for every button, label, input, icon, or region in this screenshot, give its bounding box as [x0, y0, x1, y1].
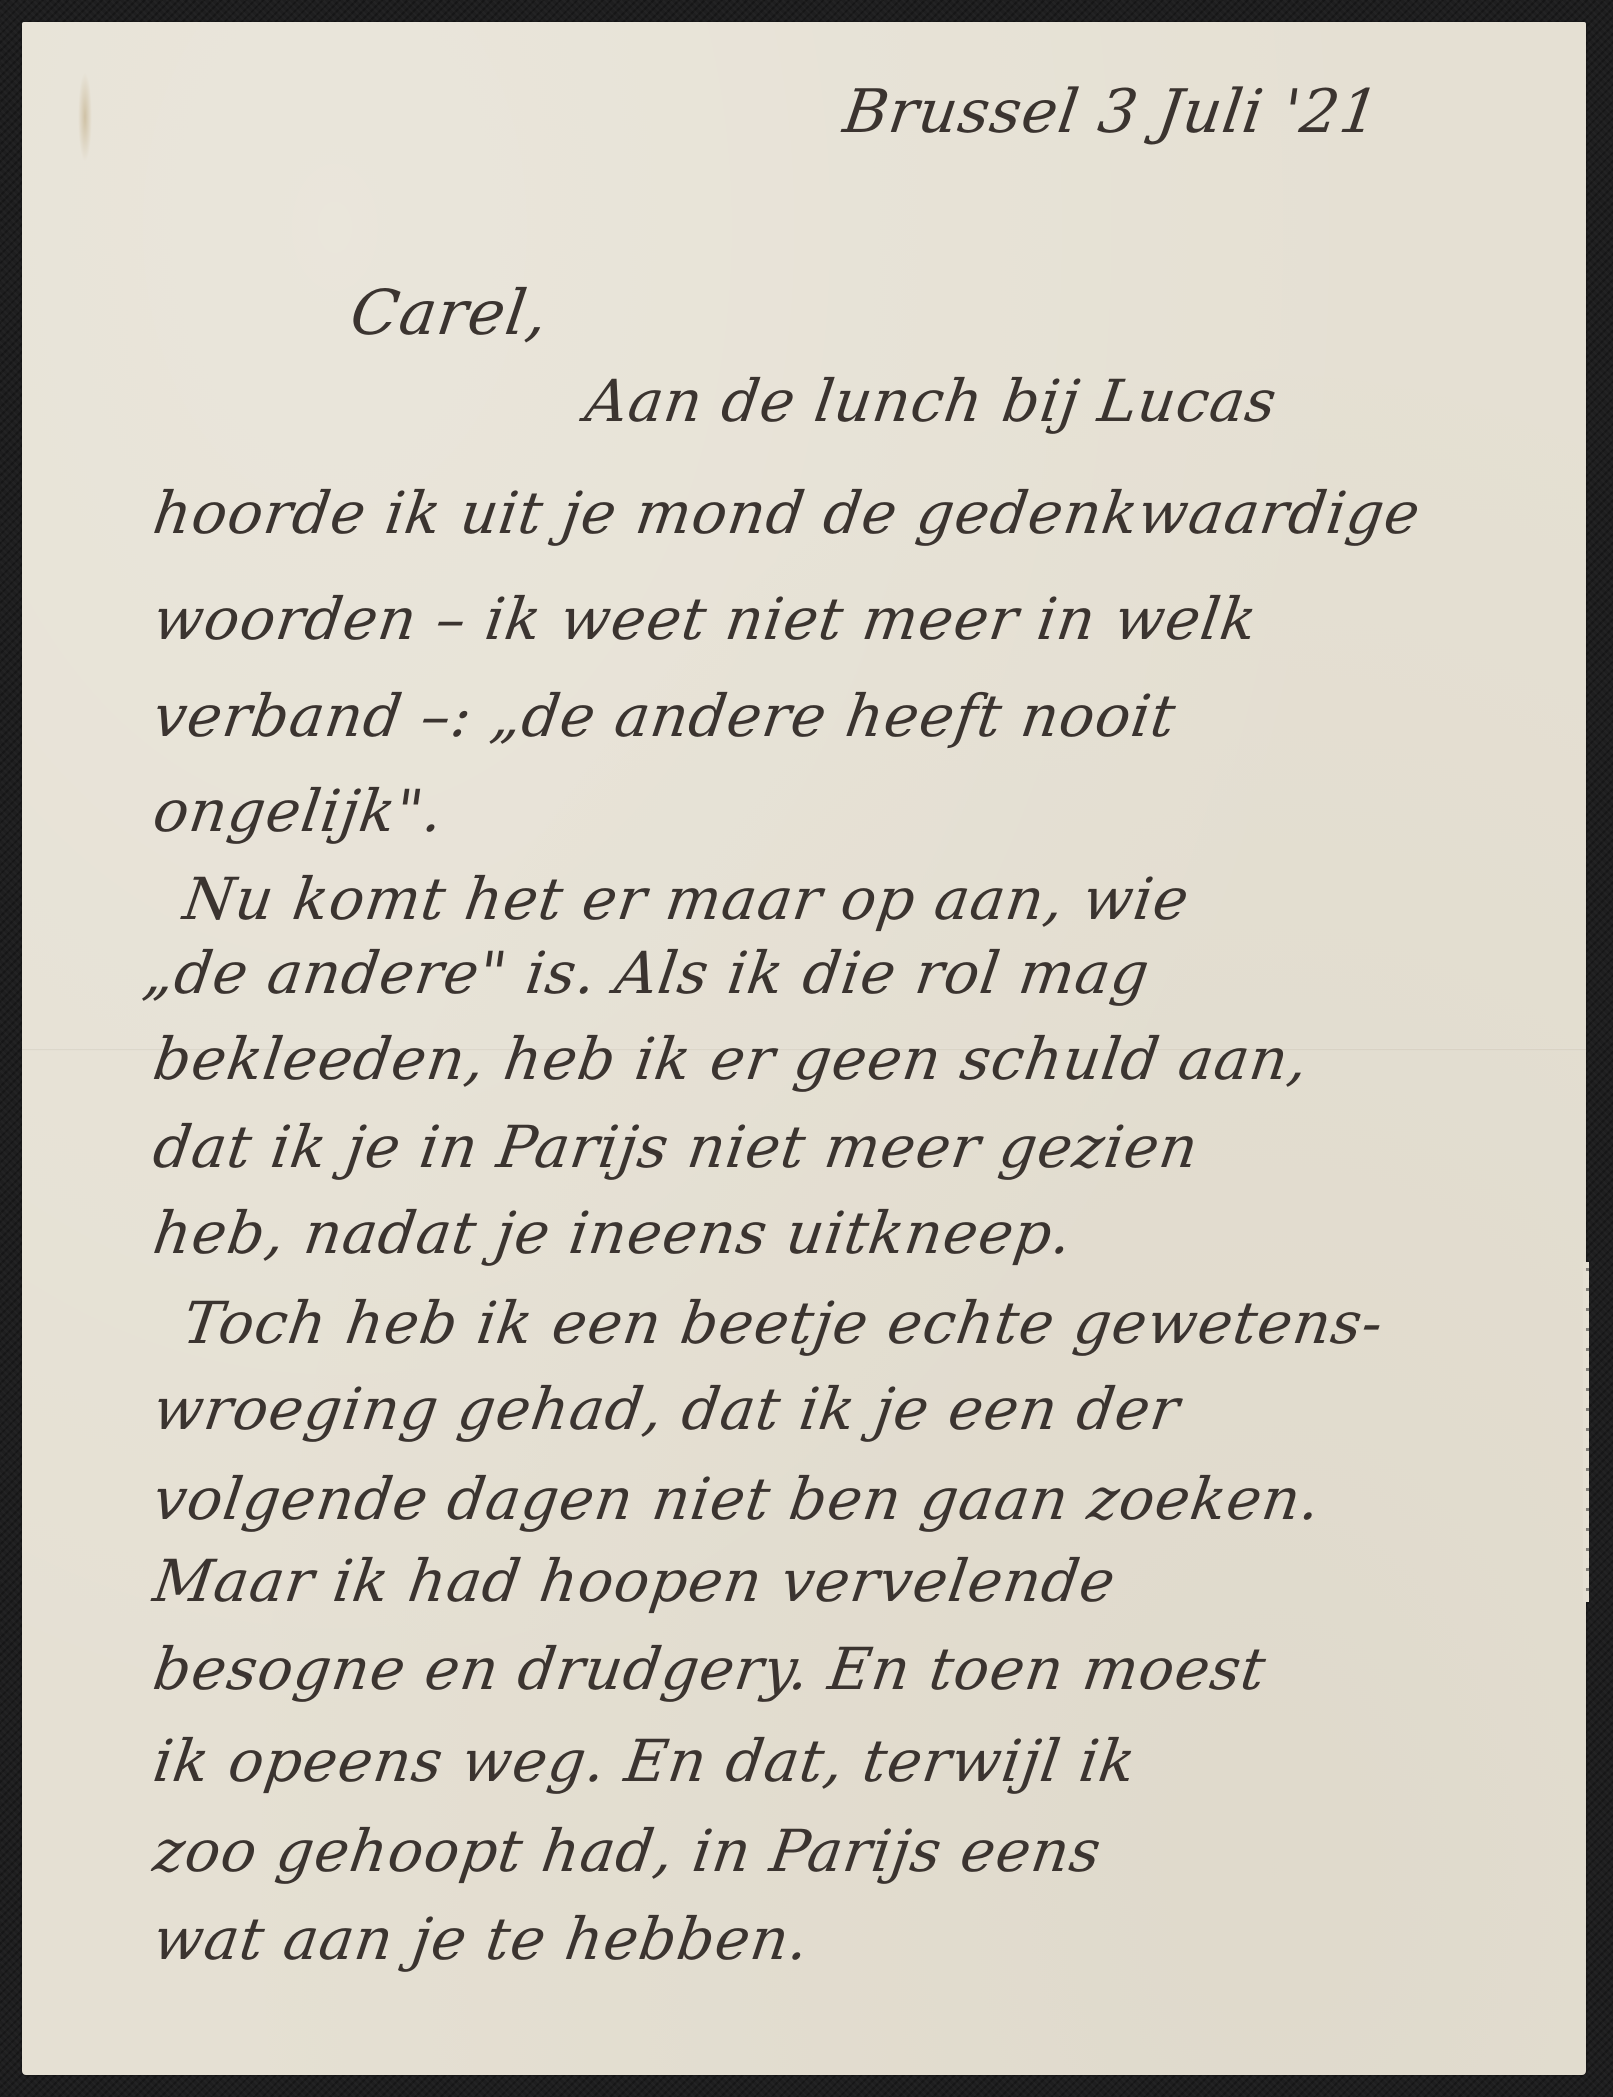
letter-line: woorden – ik weet niet meer in welk	[150, 590, 1261, 648]
letter-line: ik opeens weg. En dat, terwijl ik	[150, 1732, 1140, 1790]
letter-line: volgende dagen niet ben gaan zoeken.	[150, 1470, 1324, 1528]
salutation: Carel,	[347, 282, 552, 344]
letter-line: Maar ik had hoopen vervelende	[150, 1552, 1120, 1610]
letter-line: Nu komt het er maar op aan, wie	[180, 870, 1193, 928]
letter-line: besogne en drudgery. En toen moest	[150, 1640, 1270, 1698]
letter-line: wroeging gehad, dat ik je een der	[150, 1380, 1184, 1438]
frayed-edge	[1583, 1262, 1589, 1602]
letter-line: dat ik je in Parijs niet meer gezien	[150, 1118, 1202, 1176]
letter-line: hoorde ik uit je mond de gedenkwaardige	[150, 484, 1424, 542]
letter-line: Aan de lunch bij Lucas	[582, 372, 1281, 430]
dateline: Brussel 3 Juli '21	[840, 82, 1383, 142]
letter-sheet: Brussel 3 Juli '21 Carel, Aan de lunch b…	[22, 22, 1586, 2075]
letter-line: „de andere" is. Als ik die rol mag	[140, 944, 1153, 1002]
letter-line: bekleeden, heb ik er geen schuld aan,	[150, 1030, 1312, 1088]
paper-stain	[78, 72, 92, 162]
letter-line: heb, nadat je ineens uitkneep.	[150, 1204, 1076, 1262]
letter-line: verband –: „de andere heeft nooit	[150, 687, 1180, 745]
letter-line: ongelijk".	[150, 782, 447, 840]
letter-line: zoo gehoopt had, in Parijs eens	[150, 1822, 1105, 1880]
letter-line: wat aan je te hebben.	[150, 1910, 813, 1968]
letter-line: Toch heb ik een beetje echte gewetens-	[180, 1294, 1387, 1352]
